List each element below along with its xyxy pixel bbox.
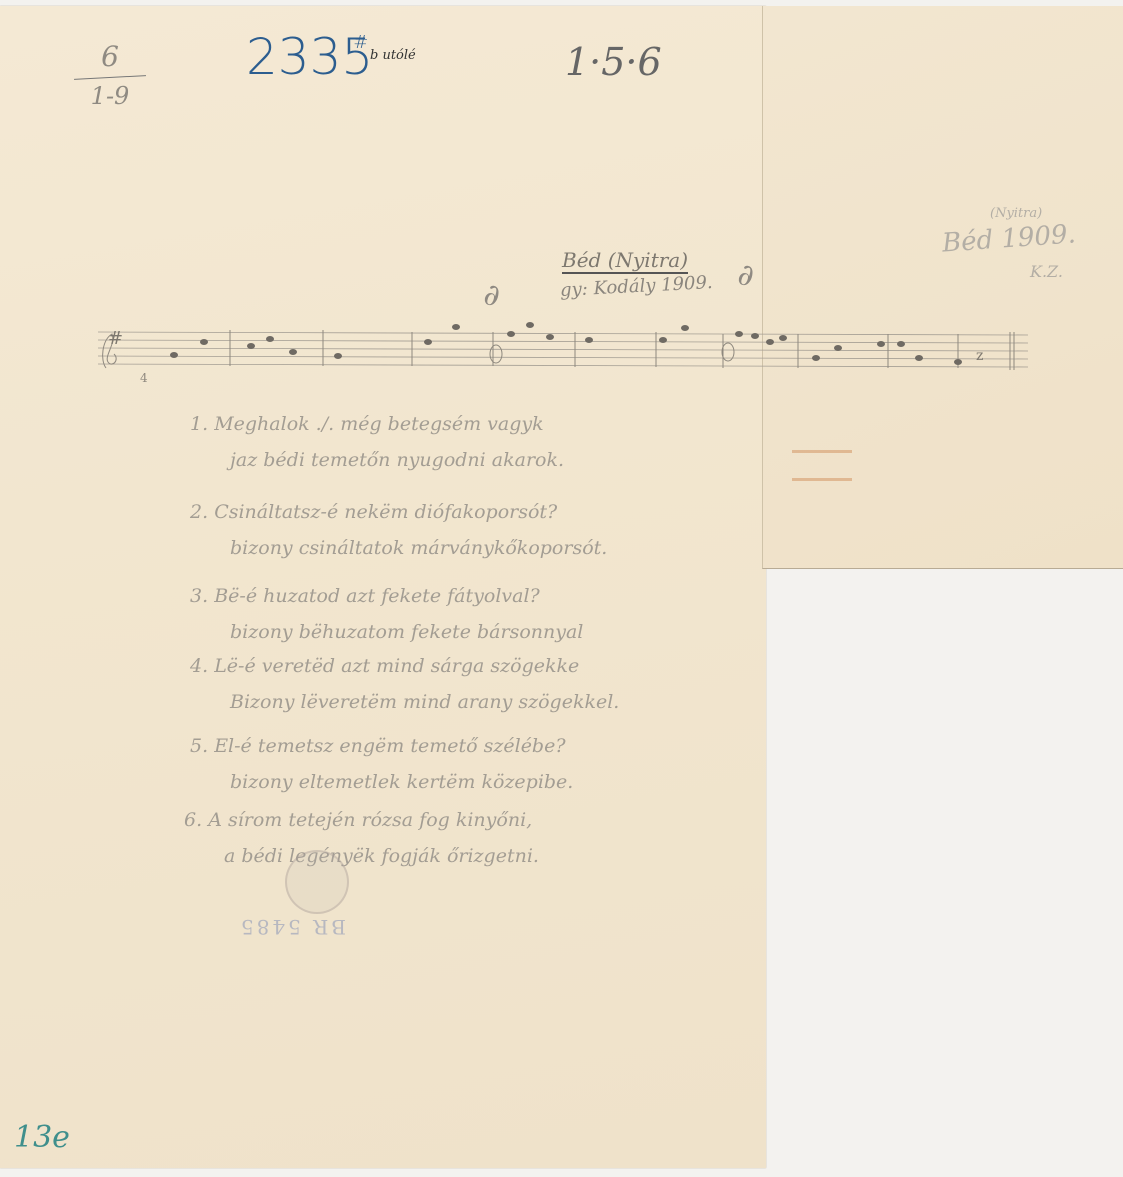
reference-number: 1·5·6 <box>565 40 662 84</box>
verse-line: El-é temetsz engëm temető szélébe? <box>214 735 565 757</box>
folio-number: 13e <box>14 1120 70 1155</box>
svg-text:4: 4 <box>140 371 148 385</box>
attached-paper-slip <box>762 6 1123 569</box>
rest-mark: z <box>976 348 983 364</box>
tape-remnant <box>792 478 852 481</box>
fraction-bar <box>74 75 146 80</box>
tape-remnant <box>792 450 852 453</box>
verse-line: Csináltatsz-é nekëm diófakoporsót? <box>214 501 557 523</box>
fraction-annotation: 6 1-9 <box>70 40 150 110</box>
verse-1: 1. Meghalok ./. még betegsém vagyk jaz b… <box>190 406 564 478</box>
verse-line: Lë-é veretëd azt mind sárga szögekke <box>214 655 579 677</box>
catalog-note: b utólé <box>370 48 416 63</box>
verse-line: Bë-é huzatod azt fekete fátyolval? <box>214 585 540 607</box>
slip-region: (Nyitra) <box>990 206 1042 221</box>
archive-stamp <box>285 850 349 914</box>
attribution-place-text: Béd (Nyitra) <box>562 248 688 274</box>
verse-number: 6. <box>184 809 202 831</box>
verse-line: bizony eltemetlek kertëm közepibe. <box>190 764 573 800</box>
fraction-numerator: 6 <box>70 40 150 73</box>
verse-line: Bizony lëveretëm mind arany szögekkel. <box>190 684 619 720</box>
verse-3: 3. Bë-é huzatod azt fekete fátyolval? bi… <box>190 578 583 650</box>
verse-number: 5. <box>190 735 208 757</box>
fraction-denominator: 1-9 <box>70 82 150 110</box>
slip-initials: K.Z. <box>1030 262 1063 281</box>
verse-4: 4. Lë-é veretëd azt mind sárga szögekke … <box>190 648 619 720</box>
verse-5: 5. El-é temetsz engëm temető szélébe? bi… <box>190 728 573 800</box>
verse-number: 1. <box>190 413 208 435</box>
music-staff: # 4 <box>98 330 1028 370</box>
catalog-number: 2335# <box>246 28 388 86</box>
staff-notation: # 4 <box>98 330 1028 370</box>
verse-number: 4. <box>190 655 208 677</box>
verse-2: 2. Csináltatsz-é nekëm diófakoporsót? bi… <box>190 494 607 566</box>
svg-text:#: # <box>108 328 123 349</box>
verse-number: 2. <box>190 501 208 523</box>
verse-line: bizony bëhuzatom fekete bársonnyal <box>190 614 583 650</box>
verse-line: a bédi legényëk fogják őrizgetni. <box>184 838 539 874</box>
verse-line: bizony csináltatok márványkőkoporsót. <box>190 530 607 566</box>
archive-stamp-number: BR 5485 <box>238 915 346 939</box>
catalog-superscript: # <box>353 32 368 53</box>
verse-line: Meghalok ./. még betegsém vagyk <box>214 413 543 435</box>
attribution-place: Béd (Nyitra) <box>562 248 688 272</box>
verse-6: 6. A sírom tetején rózsa fog kinyőni, a … <box>184 802 539 874</box>
verse-number: 3. <box>190 585 208 607</box>
verse-line: A sírom tetején rózsa fog kinyőni, <box>208 809 532 831</box>
verse-line: jaz bédi temetőn nyugodni akarok. <box>190 442 564 478</box>
